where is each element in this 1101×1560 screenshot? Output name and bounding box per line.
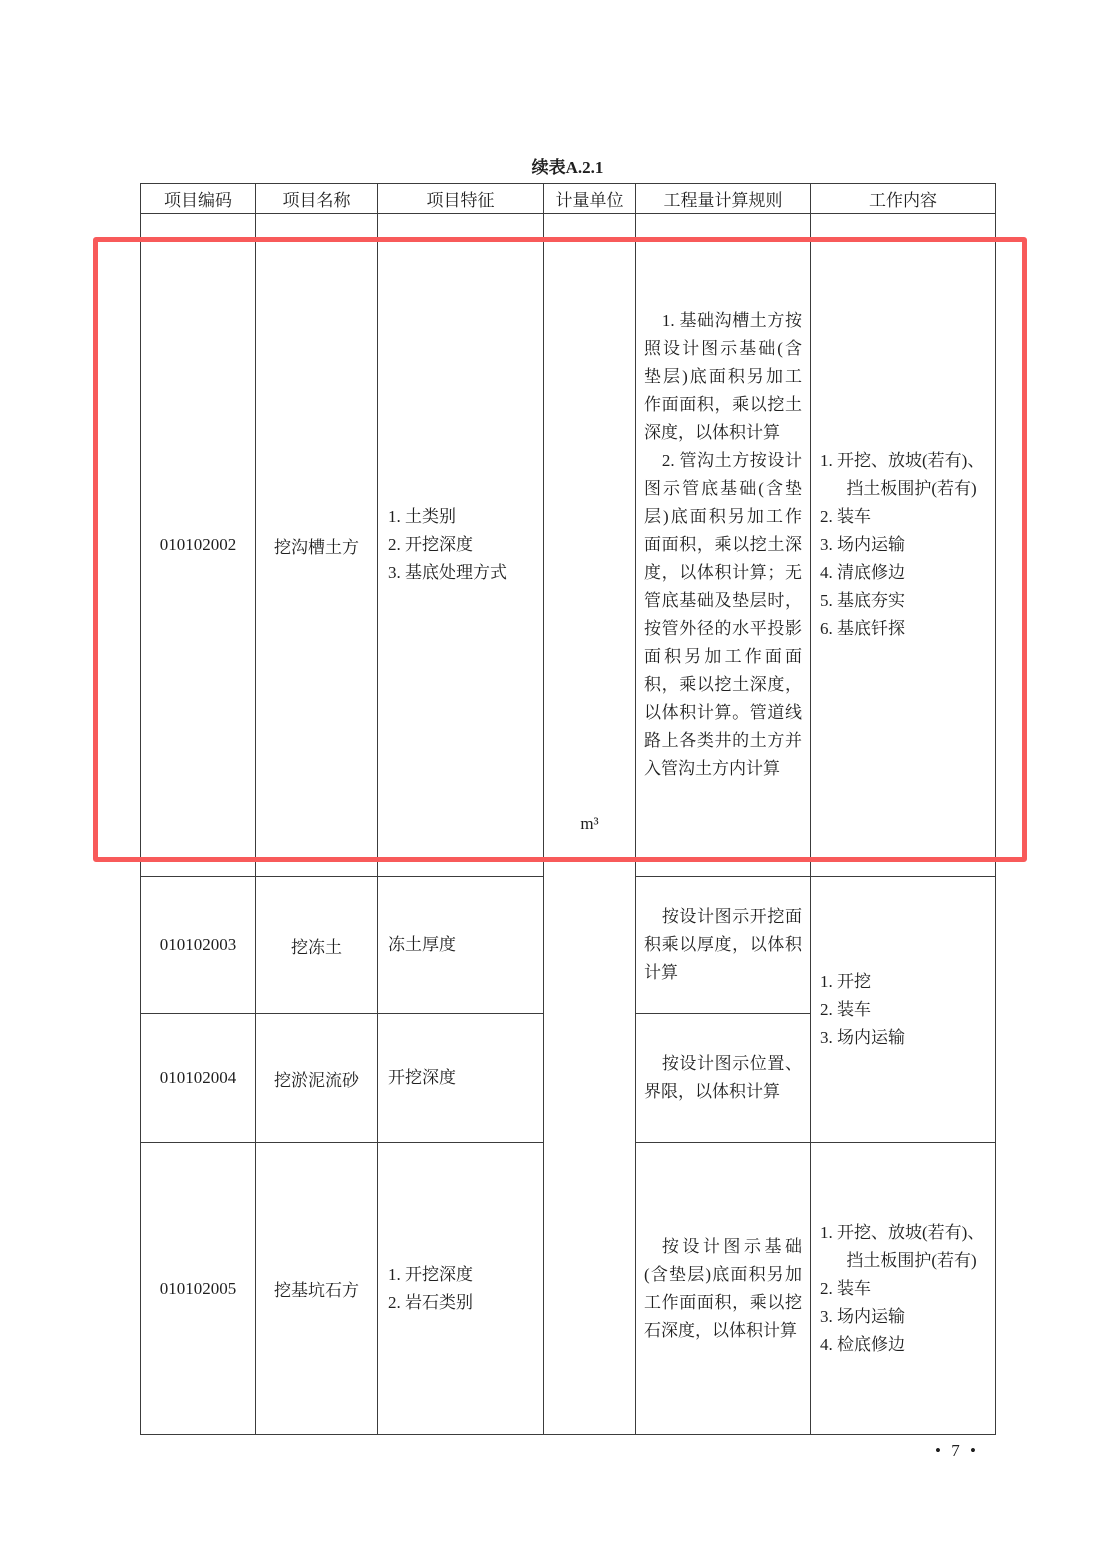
work-item: 3. 场内运输 bbox=[820, 1024, 992, 1052]
work-content: 1. 开挖 2. 装车 3. 场内运输 bbox=[811, 877, 996, 1143]
project-name: 挖冻土 bbox=[256, 877, 378, 1014]
work-item: 4. 检底修边 bbox=[820, 1331, 992, 1359]
feature-item: 1. 土类别 bbox=[388, 503, 537, 531]
work-item: 6. 基底钎探 bbox=[820, 615, 992, 643]
project-features: 冻土厚度 bbox=[378, 877, 544, 1014]
col-header-project-name: 项目名称 bbox=[256, 184, 378, 214]
work-item: 1. 开挖、放坡(若有)、挡土板围护(若有) bbox=[820, 1219, 992, 1275]
project-code: 010102002 bbox=[141, 214, 256, 877]
project-name: 挖沟槽土方 bbox=[256, 214, 378, 877]
project-code: 010102003 bbox=[141, 877, 256, 1014]
rule-paragraph: 按设计图示开挖面积乘以厚度，以体积计算 bbox=[644, 903, 802, 987]
work-content: 1. 开挖、放坡(若有)、挡土板围护(若有) 2. 装车 3. 场内运输 4. … bbox=[811, 214, 996, 877]
work-item: 4. 清底修边 bbox=[820, 559, 992, 587]
calc-rule: 按设计图示位置、界限，以体积计算 bbox=[636, 1014, 811, 1143]
table-title: 续表A.2.1 bbox=[140, 153, 995, 178]
work-item: 3. 场内运输 bbox=[820, 531, 992, 559]
col-header-work-content: 工作内容 bbox=[811, 184, 996, 214]
feature-item: 3. 基底处理方式 bbox=[388, 559, 537, 587]
col-header-calc-rule: 工程量计算规则 bbox=[636, 184, 811, 214]
calc-rule: 按设计图示开挖面积乘以厚度，以体积计算 bbox=[636, 877, 811, 1014]
rule-paragraph: 1. 基础沟槽土方按照设计图示基础(含垫层)底面积另加工作面面积，乘以挖土深度，… bbox=[644, 307, 802, 447]
work-content: 1. 开挖、放坡(若有)、挡土板围护(若有) 2. 装车 3. 场内运输 4. … bbox=[811, 1143, 996, 1435]
feature-item: 开挖深度 bbox=[388, 1064, 537, 1092]
calc-rule: 1. 基础沟槽土方按照设计图示基础(含垫层)底面积另加工作面面积，乘以挖土深度，… bbox=[636, 214, 811, 877]
project-code: 010102005 bbox=[141, 1143, 256, 1435]
measurement-unit: m³ bbox=[544, 214, 636, 1435]
page-number: • 7 • bbox=[897, 1441, 1017, 1461]
table-row-010102002: 010102002 挖沟槽土方 1. 土类别 2. 开挖深度 3. 基底处理方式… bbox=[141, 214, 996, 877]
feature-item: 2. 开挖深度 bbox=[388, 531, 537, 559]
project-code: 010102004 bbox=[141, 1014, 256, 1143]
project-name: 挖基坑石方 bbox=[256, 1143, 378, 1435]
project-name: 挖淤泥流砂 bbox=[256, 1014, 378, 1143]
rule-paragraph: 按设计图示位置、界限，以体积计算 bbox=[644, 1050, 802, 1106]
feature-item: 冻土厚度 bbox=[388, 931, 537, 959]
project-features: 1. 土类别 2. 开挖深度 3. 基底处理方式 bbox=[378, 214, 544, 877]
work-item: 2. 装车 bbox=[820, 1275, 992, 1303]
rule-paragraph: 2. 管沟土方按设计图示管底基础(含垫层)底面积另加工作面面积，乘以挖土深度，以… bbox=[644, 447, 802, 783]
feature-item: 1. 开挖深度 bbox=[388, 1261, 537, 1289]
calc-rule: 按设计图示基础(含垫层)底面积另加工作面面积，乘以挖石深度，以体积计算 bbox=[636, 1143, 811, 1435]
work-item: 5. 基底夯实 bbox=[820, 587, 992, 615]
col-header-project-features: 项目特征 bbox=[378, 184, 544, 214]
work-item: 1. 开挖、放坡(若有)、挡土板围护(若有) bbox=[820, 447, 992, 503]
col-header-unit: 计量单位 bbox=[544, 184, 636, 214]
work-item: 1. 开挖 bbox=[820, 968, 992, 996]
col-header-project-code: 项目编码 bbox=[141, 184, 256, 214]
project-features: 开挖深度 bbox=[378, 1014, 544, 1143]
rule-paragraph: 按设计图示基础(含垫层)底面积另加工作面面积，乘以挖石深度，以体积计算 bbox=[644, 1233, 802, 1345]
feature-item: 2. 岩石类别 bbox=[388, 1289, 537, 1317]
work-item: 2. 装车 bbox=[820, 996, 992, 1024]
header-row: 项目编码 项目名称 项目特征 计量单位 工程量计算规则 工作内容 bbox=[141, 184, 996, 214]
work-item: 3. 场内运输 bbox=[820, 1303, 992, 1331]
project-features: 1. 开挖深度 2. 岩石类别 bbox=[378, 1143, 544, 1435]
quantity-spec-table: 项目编码 项目名称 项目特征 计量单位 工程量计算规则 工作内容 0101020… bbox=[140, 183, 996, 1435]
work-item: 2. 装车 bbox=[820, 503, 992, 531]
